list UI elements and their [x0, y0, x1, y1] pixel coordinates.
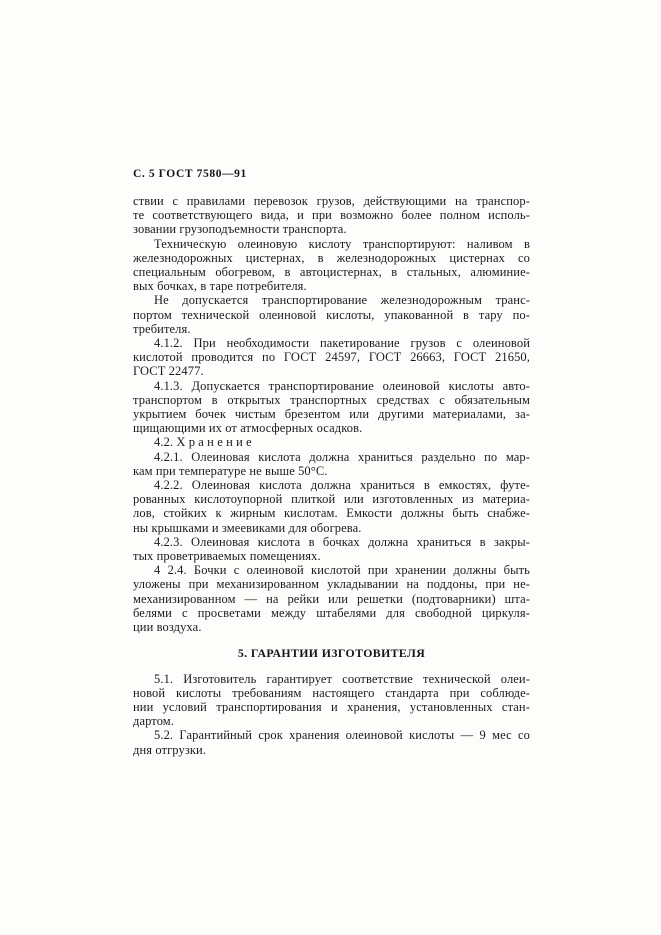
paragraph: Техническую олеиновую кислоту транспорти…: [133, 237, 530, 294]
text-line: 4.1.3. Допускается транспортирование оле…: [133, 379, 530, 393]
paragraph: 4.1.2. При необходимости пакетирование г…: [133, 336, 530, 379]
text-line: кам при температуре не выше 50°С.: [133, 464, 530, 478]
text-line: уложены при механизированном укладывании…: [133, 577, 530, 591]
text-line: 4.2.2. Олеиновая кислота должна хранитьс…: [133, 478, 530, 492]
paragraph: 4.2.1. Олеиновая кислота должна хранитьс…: [133, 450, 530, 478]
text-line: 4.1.2. При необходимости пакетирование г…: [133, 336, 530, 350]
text-line: тых проветриваемых помещениях.: [133, 549, 530, 563]
text-line: укрытием бочек чистым брезентом или друг…: [133, 407, 530, 421]
text-line: белями с просветами между штабелями для …: [133, 606, 530, 620]
paragraph: 4.1.3. Допускается транспортирование оле…: [133, 379, 530, 436]
text-line: зовании грузоподъемности транспорта.: [133, 222, 530, 236]
text-block: С. 5 ГОСТ 7580—91 ствии с правилами пере…: [133, 168, 530, 757]
text-line: требителя.: [133, 322, 530, 336]
text-line: 4.2.1. Олеиновая кислота должна хранитьс…: [133, 450, 530, 464]
text-line: Техническую олеиновую кислоту транспорти…: [133, 237, 530, 251]
running-header: С. 5 ГОСТ 7580—91: [133, 168, 530, 180]
text-line: те соответствующего вида, и при возможно…: [133, 208, 530, 222]
text-line: вых бочках, в таре потребителя.: [133, 279, 530, 293]
text-line: 5.2. Гарантийный срок хранения олеиновой…: [133, 728, 530, 742]
text-line: 4.2.3. Олеиновая кислота в бочках должна…: [133, 535, 530, 549]
section-heading: 5. ГАРАНТИИ ИЗГОТОВИТЕЛЯ: [133, 646, 530, 660]
text-line: нии условий транспортирования и хранения…: [133, 700, 530, 714]
paragraph: 4.2. Х р а н е н и е: [133, 435, 530, 449]
text-line: дня отгрузки.: [133, 743, 530, 757]
text-line: новой кислоты требованиям настоящего ста…: [133, 686, 530, 700]
paragraph: Не допускается транспортирование железно…: [133, 293, 530, 336]
text-line: портом технической олеиновой кислоты, уп…: [133, 308, 530, 322]
text-line: кислотой проводится по ГОСТ 24597, ГОСТ …: [133, 350, 530, 364]
text-line: ны крышками и змеевиками для обогрева.: [133, 521, 530, 535]
text-line: ствии с правилами перевозок грузов, дейс…: [133, 194, 530, 208]
text-line: щищающими их от атмосферных осадков.: [133, 421, 530, 435]
document-page: С. 5 ГОСТ 7580—91 ствии с правилами пере…: [0, 0, 661, 935]
text-line: дартом.: [133, 714, 530, 728]
text-line: 4.2. Х р а н е н и е: [133, 435, 530, 449]
text-line: специальным обогревом, в автоцистернах, …: [133, 265, 530, 279]
document-body: ствии с правилами перевозок грузов, дейс…: [133, 194, 530, 757]
text-line: рованных кислотоупорной плиткой или изго…: [133, 492, 530, 506]
text-line: 4 2.4. Бочки с олеиновой кислотой при хр…: [133, 563, 530, 577]
text-line: 5.1. Изготовитель гарантирует соответств…: [133, 672, 530, 686]
text-line: железнодорожных цистернах, в железнодоро…: [133, 251, 530, 265]
text-line: Не допускается транспортирование железно…: [133, 293, 530, 307]
paragraph: 5.2. Гарантийный срок хранения олеиновой…: [133, 728, 530, 756]
text-line: механизированном — на рейки или решетки …: [133, 592, 530, 606]
paragraph: 5.1. Изготовитель гарантирует соответств…: [133, 672, 530, 729]
paragraph: 4.2.3. Олеиновая кислота в бочках должна…: [133, 535, 530, 563]
paragraph: ствии с правилами перевозок грузов, дейс…: [133, 194, 530, 237]
paragraph: 4.2.2. Олеиновая кислота должна хранитьс…: [133, 478, 530, 535]
text-line: лов, стойких к жирным кислотам. Емкости …: [133, 506, 530, 520]
text-line: ГОСТ 22477.: [133, 364, 530, 378]
text-line: ции воздуха.: [133, 620, 530, 634]
text-line: транспортом в открытых транспортных сред…: [133, 393, 530, 407]
paragraph: 4 2.4. Бочки с олеиновой кислотой при хр…: [133, 563, 530, 634]
